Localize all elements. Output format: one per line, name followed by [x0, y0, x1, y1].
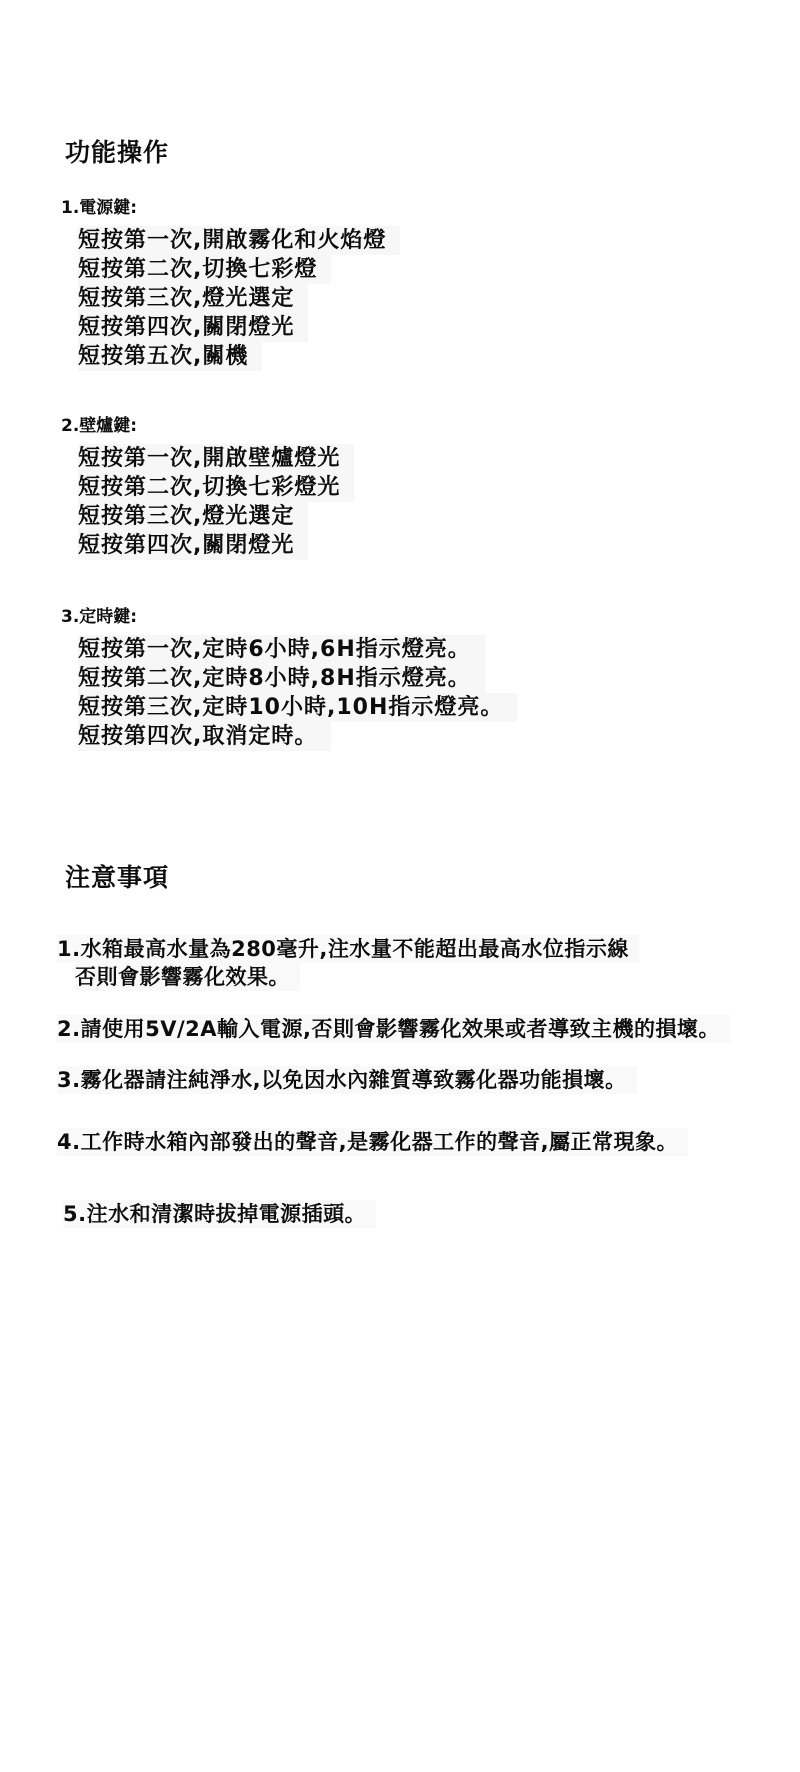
note-item: 2.請使用5V/2A輸入電源,否則會影響霧化效果或者導致主機的損壞。 — [57, 1015, 770, 1043]
note-line: 4.工作時水箱內部發出的聲音,是霧化器工作的聲音,屬正常現象。 — [57, 1128, 688, 1156]
fireplace-key-label: 2.壁爐鍵: — [61, 415, 137, 437]
instruction-line: 短按第二次,定時8小時,8H指示燈亮。 — [78, 664, 485, 693]
instruction-line: 短按第二次,切換七彩燈光 — [78, 473, 354, 502]
notice-list: 1.水箱最高水量為280毫升,注水量不能超出最高水位指示線 否則會影響霧化效果。… — [57, 935, 770, 1228]
power-key-lines: 短按第一次,開啟霧化和火焰燈 短按第二次,切換七彩燈 短按第三次,燈光選定 短按… — [57, 226, 770, 371]
manual-page: 功能操作 1.電源鍵: 短按第一次,開啟霧化和火焰燈 短按第二次,切換七彩燈 短… — [0, 0, 800, 1772]
instruction-line: 短按第一次,定時6小時,6H指示燈亮。 — [78, 635, 485, 664]
instruction-line: 短按第三次,燈光選定 — [78, 502, 308, 531]
instruction-line: 短按第五次,關機 — [78, 342, 262, 371]
note-item: 1.水箱最高水量為280毫升,注水量不能超出最高水位指示線 否則會影響霧化效果。 — [57, 935, 770, 991]
power-key-label: 1.電源鍵: — [61, 197, 137, 219]
instruction-line: 短按第一次,開啟霧化和火焰燈 — [78, 226, 400, 255]
timer-key-group: 3.定時鍵: 短按第一次,定時6小時,6H指示燈亮。 短按第二次,定時8小時,8… — [57, 606, 770, 751]
note-line: 5.注水和清潔時拔掉電源插頭。 — [63, 1200, 376, 1228]
note-line-continuation: 否則會影響霧化效果。 — [75, 963, 300, 991]
note-line: 1.水箱最高水量為280毫升,注水量不能超出最高水位指示線 — [57, 935, 639, 963]
note-line: 2.請使用5V/2A輸入電源,否則會影響霧化效果或者導致主機的損壞。 — [57, 1015, 730, 1043]
instruction-line: 短按第四次,關閉燈光 — [78, 313, 308, 342]
power-key-group: 1.電源鍵: 短按第一次,開啟霧化和火焰燈 短按第二次,切換七彩燈 短按第三次,… — [57, 197, 770, 371]
instruction-line: 短按第三次,燈光選定 — [78, 284, 308, 313]
fireplace-key-group: 2.壁爐鍵: 短按第一次,開啟壁爐燈光 短按第二次,切換七彩燈光 短按第三次,燈… — [57, 415, 770, 560]
timer-key-lines: 短按第一次,定時6小時,6H指示燈亮。 短按第二次,定時8小時,8H指示燈亮。 … — [57, 635, 770, 751]
notice-section-title: 注意事項 — [65, 863, 169, 893]
function-section-title: 功能操作 — [65, 138, 169, 168]
instruction-line: 短按第四次,關閉燈光 — [78, 531, 308, 560]
note-item: 3.霧化器請注純淨水,以免因水內雜質導致霧化器功能損壞。 — [57, 1066, 770, 1094]
note-line: 3.霧化器請注純淨水,以免因水內雜質導致霧化器功能損壞。 — [57, 1066, 637, 1094]
instruction-line: 短按第一次,開啟壁爐燈光 — [78, 444, 354, 473]
instruction-line: 短按第四次,取消定時。 — [78, 722, 331, 751]
instruction-line: 短按第二次,切換七彩燈 — [78, 255, 331, 284]
instruction-line: 短按第三次,定時10小時,10H指示燈亮。 — [78, 693, 517, 722]
note-item: 4.工作時水箱內部發出的聲音,是霧化器工作的聲音,屬正常現象。 — [57, 1128, 770, 1156]
fireplace-key-lines: 短按第一次,開啟壁爐燈光 短按第二次,切換七彩燈光 短按第三次,燈光選定 短按第… — [57, 444, 770, 560]
manual-content: 功能操作 1.電源鍵: 短按第一次,開啟霧化和火焰燈 短按第二次,切換七彩燈 短… — [0, 0, 800, 1228]
note-item: 5.注水和清潔時拔掉電源插頭。 — [57, 1200, 770, 1228]
timer-key-label: 3.定時鍵: — [61, 606, 137, 628]
